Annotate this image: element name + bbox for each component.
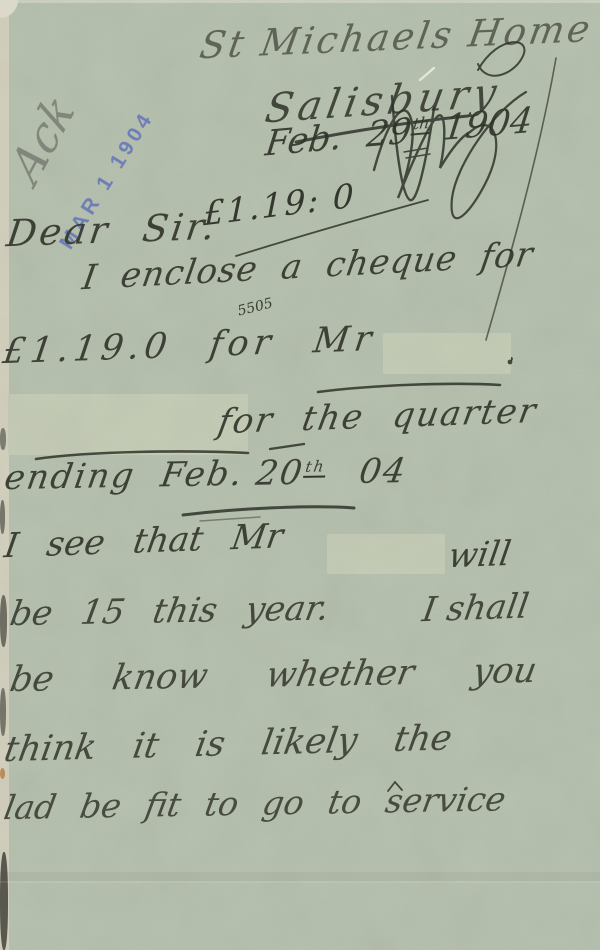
cheque-number-note: 5505	[236, 295, 274, 319]
body-line-4-year: 04	[356, 451, 410, 492]
body-line-5-end: will	[446, 534, 514, 576]
body-line-6: be 15 this year.	[7, 588, 332, 634]
torn-edge-patch	[0, 428, 6, 450]
torn-edge-patch	[0, 852, 8, 950]
body-line-9: lad be fit to go to service	[1, 779, 509, 827]
paper-top-edge	[0, 0, 600, 3]
amount-annotation: £1.19: 0	[203, 175, 356, 233]
fold-shadow	[0, 872, 600, 881]
underline-name	[318, 384, 500, 392]
date-year: 1904	[441, 101, 535, 149]
torn-edge-patch	[0, 688, 6, 736]
body-line-4: endingFeb. 20th04	[2, 451, 410, 498]
redaction-box	[383, 333, 511, 374]
body-line-6-end: I shall	[420, 586, 532, 630]
body-line-4-word: ending	[2, 456, 139, 498]
body-line-5: I see that Mr	[2, 516, 286, 566]
salutation: Dear Sir.	[4, 205, 221, 256]
underline-feb20	[183, 507, 354, 515]
torn-edge-patch	[0, 595, 7, 647]
redaction-box	[8, 394, 248, 455]
body-line-7: be know whether you	[7, 651, 540, 700]
body-line-2: £1.19.0 for Mr	[0, 319, 379, 372]
redaction-box	[327, 534, 445, 574]
date-ordinal: th	[411, 113, 432, 136]
fold-highlight	[0, 881, 600, 883]
body-line-8: think it is likely the	[1, 718, 455, 770]
pencil-ack-note: Ack	[0, 83, 84, 193]
letter-scan: St Michaels Home Salisbury Feb. 29th1904…	[0, 0, 600, 950]
body-line-4-date: Feb. 20	[158, 453, 307, 496]
body-line-4-ordinal: th	[303, 457, 328, 477]
torn-edge-patch	[0, 500, 5, 534]
short-dash	[270, 444, 304, 449]
body-line-3: for the quarter	[215, 391, 541, 442]
letterhead-name: St Michaels Home	[197, 7, 596, 67]
